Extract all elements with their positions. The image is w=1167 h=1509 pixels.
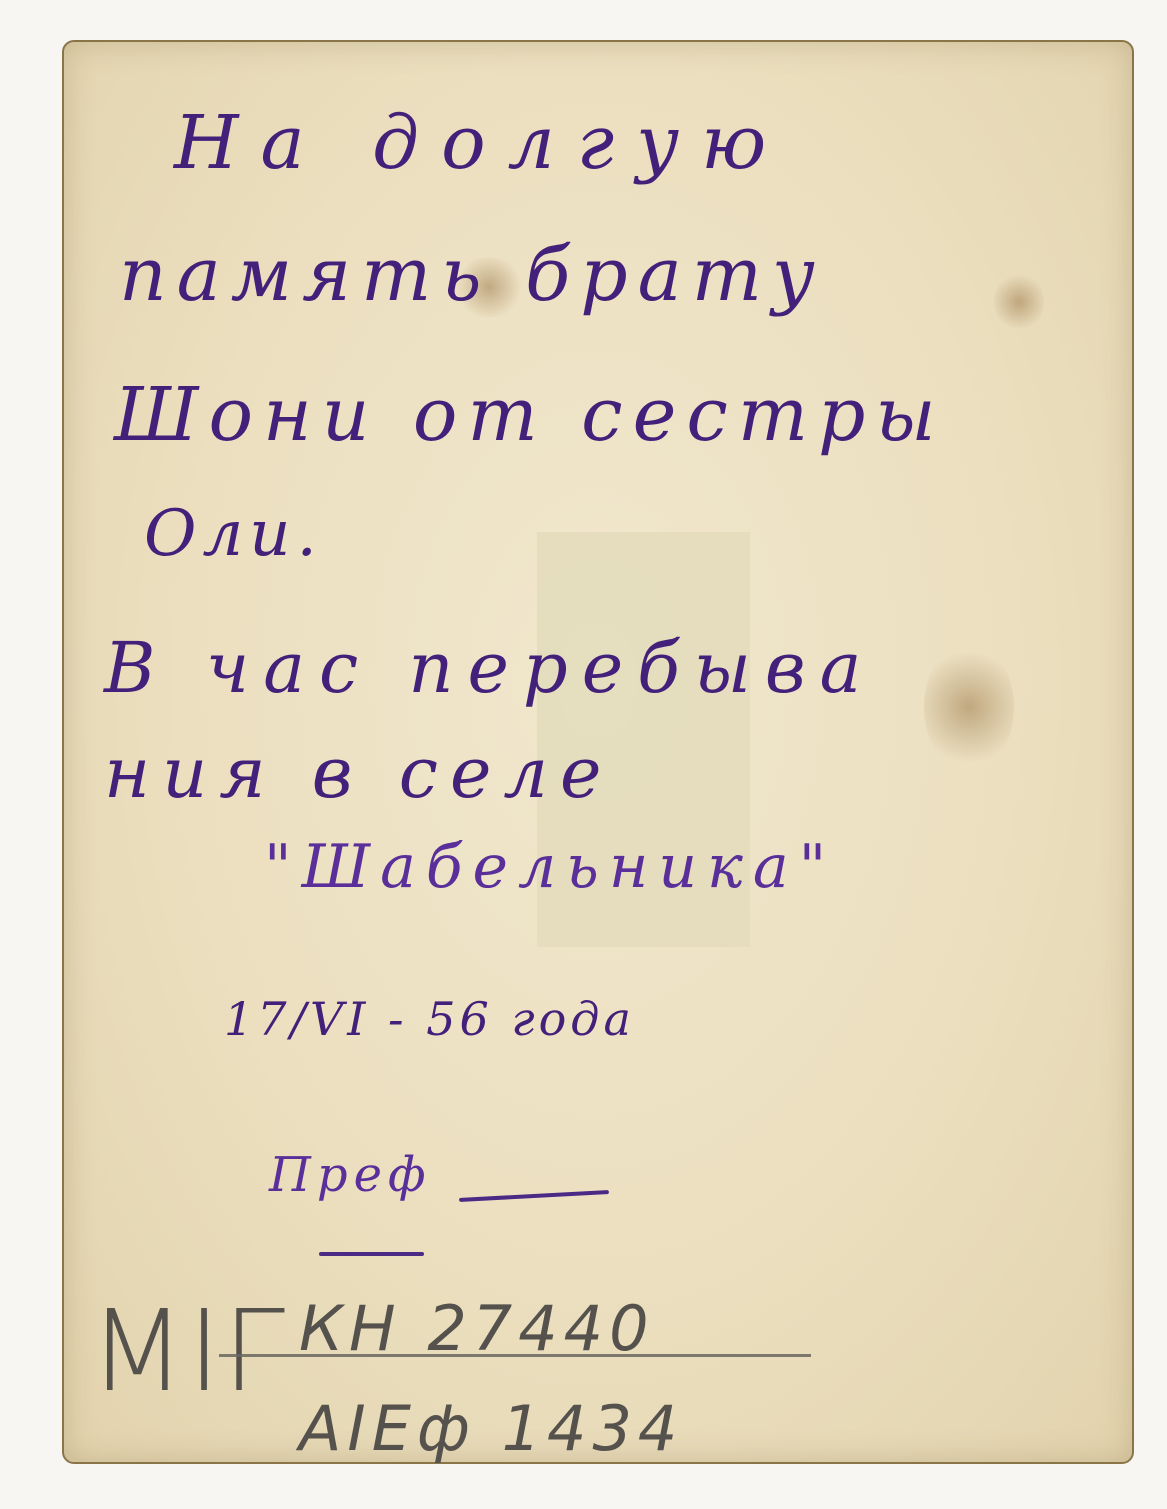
signature-underline [319,1252,424,1256]
signature-line [459,1190,609,1202]
inscription-line-7: "Шабельника" [264,832,836,902]
inscription-line-4: Оли. [144,497,323,571]
stain [924,642,1014,772]
fraction-line [219,1354,811,1357]
inscription-line-3: Шони от сестры [114,372,946,458]
archive-denominator: АІЕф 1434 [299,1392,683,1465]
inscription-line-2: память брату [119,232,825,318]
signature: Преф [269,1147,432,1203]
photo-card-back: На долгую память брату Шони от сестры Ол… [62,40,1134,1464]
inscription-line-5: В час перебыва [104,627,875,709]
inscription-line-1: На долгую [174,100,788,186]
inscription-date: 17/VI - 56 года [224,992,635,1046]
archive-prefix: МІГ [89,1287,287,1417]
inscription-line-6: ния в селе [104,732,613,814]
stain [994,272,1044,332]
